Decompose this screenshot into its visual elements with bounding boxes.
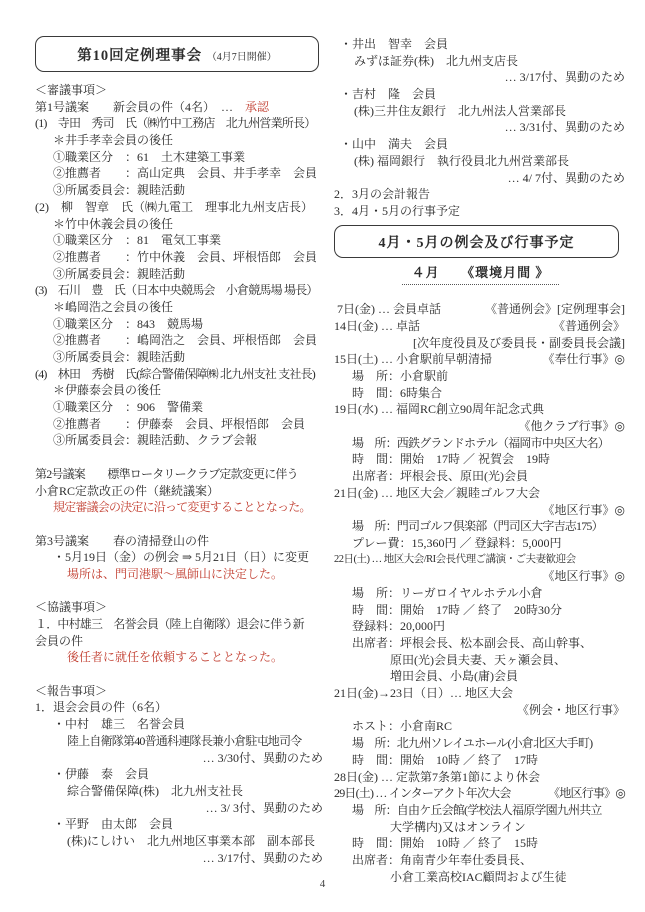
schedule-title: 4月・5月の例会及び行事予定 (379, 236, 575, 251)
text-line (35, 516, 325, 533)
text-line: ③所属委員会：親睦活動 (35, 266, 325, 283)
text-line: プレー費：15,360円 ／ 登録料：5,000円 (334, 535, 627, 552)
page-number: 4 (0, 878, 645, 890)
text-line: ・吉村 隆 会員 (334, 86, 627, 103)
text-line: ①職業区分 ：81 電気工事業 (35, 232, 325, 249)
text-line: ・山中 満夫 会員 (334, 136, 627, 153)
text-line: 15日(土) … 小倉駅前早朝清掃《奉仕行事》◎ (334, 351, 627, 368)
text-line: 場 所：自由ケ丘会館(学校法人福原学園九州共立 (334, 802, 627, 819)
text-line (334, 285, 627, 302)
text-line: ＜審議事項＞ (35, 82, 325, 99)
text-line: (株)にしけい 北九州地区事業本部 副本部長 (35, 833, 325, 850)
text-line: 原田(光)会員夫妻、天ヶ瀬会員、 (334, 652, 627, 669)
board-meeting-date: （4月7日開催） (207, 52, 277, 63)
text-line: ②推薦者 ：伊藤泰 会員、坪根悟郎 会員 (35, 416, 325, 433)
text-line: 時 間：開始 17時 ／ 終了 20時30分 (334, 602, 627, 619)
text-line: [次年度役員及び委員長・副委員長会議] (334, 335, 627, 352)
text-line: ③所属委員会：親睦活動、クラブ会報 (35, 432, 325, 449)
text-line: 21日(金) … 地区大会／親睦ゴルフ大会 (334, 485, 627, 502)
text-line: ＊嶋岡浩之会員の後任 (35, 299, 325, 316)
text-line: 《地区行事》◎ (334, 502, 627, 519)
month-subheader: ４月 《環境月間 》 (334, 263, 627, 285)
board-meeting-title: 第10回定例理事会 (77, 48, 202, 64)
schedule-title-box: 4月・5月の例会及び行事予定 (334, 225, 619, 258)
text-line: … 3/ 3付、異動のため (35, 800, 325, 817)
text-line: 28日(金) … 定款第7条第1節により休会 (334, 769, 627, 786)
text-line: ②推薦者 ：嶋岡浩之 会員、坪根悟郎 会員 (35, 332, 325, 349)
text-line: 7日(金) … 会員卓話《普通例会》[定例理事会] (334, 301, 627, 318)
text-line: 第2号議案 標準ロータリークラブ定款変更に伴う (35, 466, 325, 483)
text-line: 規定審議会の決定に沿って変更することとなった。 (35, 499, 325, 516)
text-line: 小倉RC定款改正の件（継続議案） (35, 483, 325, 500)
text-line: 時 間：開始 10時 ／ 終了 15時 (334, 835, 627, 852)
text-line: 3．4月・5月の行事予定 (334, 203, 627, 220)
board-meeting-title-box: 第10回定例理事会 （4月7日開催） (35, 36, 319, 72)
text-line: 29日(土) … インターアクト年次大会《地区行事》◎ (334, 785, 627, 802)
text-line: ③所属委員会：親睦活動 (35, 349, 325, 366)
text-line: ・5月19日（金）の例会 ⇒ 5月21日（日）に変更 (35, 549, 325, 566)
month-subheader-label: ４月 《環境月間 》 (402, 263, 560, 285)
text-line: ・中村 雄三 名誉会員 (35, 716, 325, 733)
text-line: 時 間：6時集合 (334, 385, 627, 402)
text-line: 陸上自衛隊第40普通科連隊長兼小倉駐屯地司令 (35, 733, 325, 750)
text-line: ・平野 由太郎 会員 (35, 816, 325, 833)
text-line: ＜協議事項＞ (35, 599, 325, 616)
text-line: ・井出 智幸 会員 (334, 36, 627, 53)
text-line: ホスト：小倉南RC (334, 718, 627, 735)
text-line: ①職業区分 ：61 土木建築工事業 (35, 149, 325, 166)
text-line: 場 所：小倉駅前 (334, 368, 627, 385)
text-line: 第3号議案 春の清掃登山の件 (35, 533, 325, 550)
text-line: 出席者：坪根会長、松本副会長、高山幹事、 (334, 635, 627, 652)
text-line: 22日(土) … 地区大会/RI会長代理ご講演・ご夫妻歓迎会 (334, 552, 627, 569)
right-column: ・井出 智幸 会員みずほ証券(株) 北九州支店長… 3/17付、異動のため・吉村… (334, 36, 627, 885)
text-line (35, 583, 325, 600)
text-line: 場 所：北九州ソレイユホール(小倉北区大手町) (334, 735, 627, 752)
right-column-schedule-text: 7日(金) … 会員卓話《普通例会》[定例理事会]14日(金) … 卓話《普通例… (334, 285, 627, 886)
document-page: 第10回定例理事会 （4月7日開催） ＜審議事項＞第1号議案 新会員の件（4名）… (0, 0, 645, 912)
text-line: 場 所：リーガロイヤルホテル小倉 (334, 585, 627, 602)
text-line: 21日(金)→23日（日）… 地区大会 (334, 685, 627, 702)
text-line: 増田会員、小島(庸)会員 (334, 668, 627, 685)
text-line: 出席者：角南青少年奉仕委員長、 (334, 852, 627, 869)
text-line: ＜報告事項＞ (35, 683, 325, 700)
text-line: 出席者：坪根会長、原田(光)会員 (334, 468, 627, 485)
text-line: ・伊藤 泰 会員 (35, 766, 325, 783)
text-line: 会員の件 (35, 633, 325, 650)
text-line: (1) 寺田 秀司 氏（㈱竹中工務店 北九州営業所長） (35, 115, 325, 132)
text-line: 14日(金) … 卓話《普通例会》 (334, 318, 627, 335)
text-line: 登録料：20,000円 (334, 618, 627, 635)
text-line: みずほ証券(株) 北九州支店長 (334, 53, 627, 70)
text-line: … 3/30付、異動のため (35, 750, 325, 767)
text-line: (3) 石川 豊 氏（日本中央競馬会 小倉競馬場 場長） (35, 282, 325, 299)
text-line: 綜合警備保障(株) 北九州支社長 (35, 783, 325, 800)
text-line: 1．退会会員の件（6名） (35, 699, 325, 716)
text-line: 時 間：開始 17時 ／ 祝賀会 19時 (334, 451, 627, 468)
text-line (35, 449, 325, 466)
text-line: 場所は、門司港駅～風師山に決定した。 (35, 566, 325, 583)
text-line: １．中村雄三 名誉会員（陸上自衛隊）退会に伴う新 (35, 616, 325, 633)
text-line: ②推薦者 ：高山定典 会員、井手孝幸 会員 (35, 165, 325, 182)
text-line: 19日(水) … 福岡RC創立90周年記念式典 (334, 401, 627, 418)
text-line: (株)三井住友銀行 北九州法人営業部長 (334, 103, 627, 120)
text-line: 後任者に就任を依頼することとなった。 (35, 649, 325, 666)
text-line: ②推薦者 ：竹中休義 会員、坪根悟郎 会員 (35, 249, 325, 266)
text-line: 大学構内)又はオンライン (334, 819, 627, 836)
text-line: 場 所：西鉄グランドホテル（福岡市中央区大名） (334, 435, 627, 452)
text-line: ③所属委員会：親睦活動 (35, 182, 325, 199)
text-line: 《地区行事》◎ (334, 568, 627, 585)
text-line: 2．3月の会計報告 (334, 186, 627, 203)
text-line: … 4/ 7付、異動のため (334, 170, 627, 187)
text-line: (4) 林田 秀樹 氏(綜合警備保障㈱ 北九州支社 支社長) (35, 366, 325, 383)
text-line: 場 所：門司ゴルフ倶楽部（門司区大字吉志175） (334, 518, 627, 535)
text-line: 《他クラブ行事》◎ (334, 418, 627, 435)
left-column: 第10回定例理事会 （4月7日開催） ＜審議事項＞第1号議案 新会員の件（4名）… (35, 36, 325, 866)
text-line: (2) 柳 智章 氏（㈱九電工 理事北九州支店長） (35, 199, 325, 216)
text-line: ＊井手孝幸会員の後任 (35, 132, 325, 149)
text-line: 《例会・地区行事》 (334, 702, 627, 719)
right-column-top-text: ・井出 智幸 会員みずほ証券(株) 北九州支店長… 3/17付、異動のため・吉村… (334, 36, 627, 220)
text-line: ＊伊藤泰会員の後任 (35, 382, 325, 399)
text-line: (株) 福岡銀行 執行役員北九州営業部長 (334, 153, 627, 170)
text-line: ①職業区分 ：843 競馬場 (35, 316, 325, 333)
text-line: ＊竹中休義会員の後任 (35, 216, 325, 233)
text-line: … 3/31付、異動のため (334, 119, 627, 136)
left-column-text: ＜審議事項＞第1号議案 新会員の件（4名） … 承認(1) 寺田 秀司 氏（㈱竹… (35, 82, 325, 866)
text-line: … 3/17付、異動のため (35, 850, 325, 867)
text-line: ①職業区分 ：906 警備業 (35, 399, 325, 416)
text-line: 第1号議案 新会員の件（4名） … 承認 (35, 99, 325, 116)
text-line (35, 666, 325, 683)
text-line: … 3/17付、異動のため (334, 69, 627, 86)
text-line: 時 間：開始 10時 ／ 終了 17時 (334, 752, 627, 769)
